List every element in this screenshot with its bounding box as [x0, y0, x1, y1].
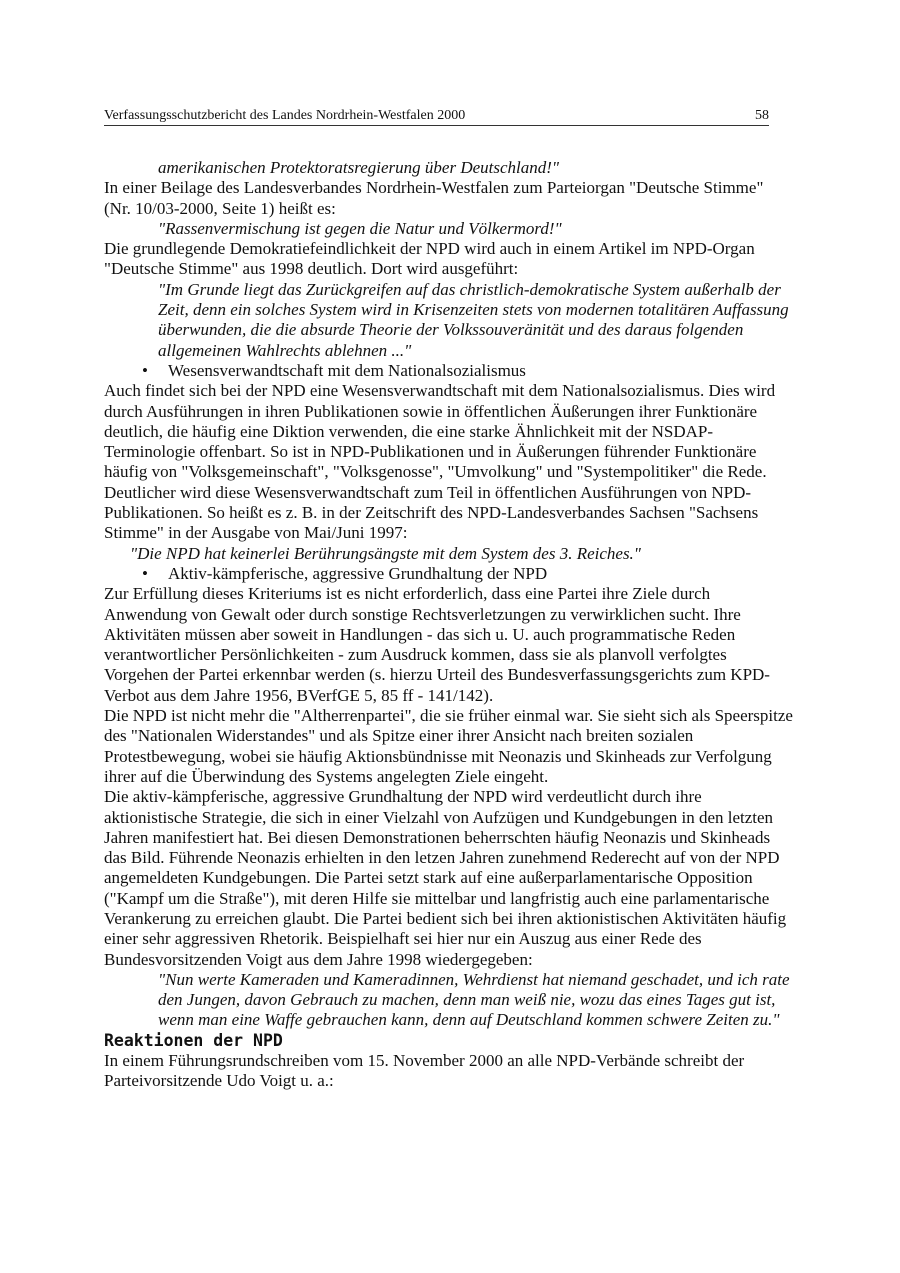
bullet-wesensverwandtschaft: • Wesensverwandtschaft mit dem Nationals…	[104, 361, 794, 381]
paragraph-nationalsozialismus: Auch findet sich bei der NPD eine Wesens…	[104, 381, 794, 543]
bullet-label: Aktiv-kämpferische, aggressive Grundhalt…	[168, 564, 547, 583]
bullet-icon: •	[142, 564, 148, 584]
page-number: 58	[755, 107, 769, 124]
bullet-grundhaltung: • Aktiv-kämpferische, aggressive Grundha…	[104, 564, 794, 584]
paragraph-kriterium: Zur Erfüllung dieses Kriteriums ist es n…	[104, 584, 794, 706]
quote-rassenvermischung: "Rassenvermischung ist gegen die Natur u…	[104, 219, 794, 239]
quote-deutsche-stimme-1998: "Im Grunde liegt das Zurückgreifen auf d…	[104, 280, 794, 361]
document-body: amerikanischen Protektoratsregierung übe…	[104, 158, 794, 1091]
quote-protektorat: amerikanischen Protektoratsregierung übe…	[104, 158, 794, 178]
paragraph-fuehrungsrundschreiben: In einem Führungsrundschreiben vom 15. N…	[104, 1051, 794, 1092]
quote-sachsens-stimme: "Die NPD hat keinerlei Berührungsängste …	[104, 544, 794, 564]
bullet-label: Wesensverwandtschaft mit dem Nationalsoz…	[168, 361, 526, 380]
paragraph-beilage: In einer Beilage des Landesverbandes Nor…	[104, 178, 794, 219]
header-title: Verfassungsschutzbericht des Landes Nord…	[104, 107, 465, 124]
paragraph-demokratiefeindlichkeit: Die grundlegende Demokratiefeindlichkeit…	[104, 239, 794, 280]
quote-voigt-1998: "Nun werte Kameraden und Kameradinnen, W…	[104, 970, 794, 1031]
paragraph-aktionistische-strategie: Die aktiv-kämpferische, aggressive Grund…	[104, 787, 794, 970]
bullet-icon: •	[142, 361, 148, 381]
page-header: Verfassungsschutzbericht des Landes Nord…	[104, 107, 769, 126]
section-heading: Reaktionen der NPD	[104, 1031, 794, 1051]
paragraph-altherrenpartei: Die NPD ist nicht mehr die "Altherrenpar…	[104, 706, 794, 787]
